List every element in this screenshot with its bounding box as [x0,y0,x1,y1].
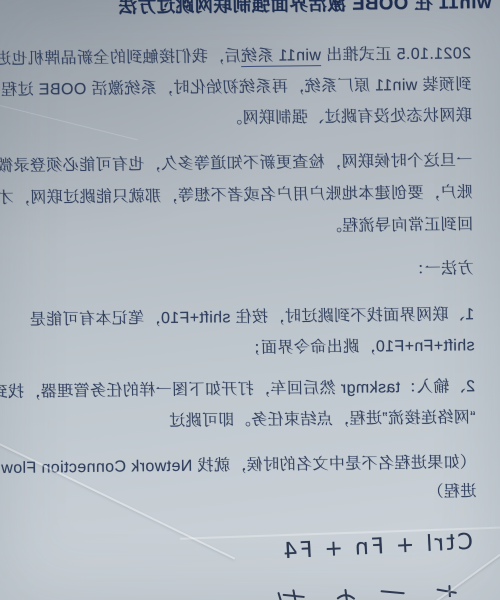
p1-l1-underlined: win11 系统 [241,47,321,67]
method-1-heading: 方法一： [17,253,473,290]
note-line-1: （如果进程名不是中文名的时候，就找 Network Connection Flo… [20,448,476,483]
step-2-line-2: “网络连接流”进程，点结束任务。即可跳过 [19,402,475,439]
step-1: 1、联网界面找不到跳过时，按住 shift+F10，笔记本有可能是 shift+… [18,299,475,367]
handwriting-note: Ctrl + Fn + F4 [280,530,473,565]
paragraph-1: 2021.10.5 正式推出 win11 系统后，我们接触到的全新品牌机也进入 … [15,38,472,137]
document-photo: win11 在 OOBE 激活界面强制联网跳过方法 2021.10.5 正式推出… [0,0,500,600]
paragraph-1-line-3: 联网状态处没有跳过、强制联网。 [16,100,472,137]
step-1-line-2: shift+Fn+F10，跳出命令界面； [18,330,474,367]
doc-title: win11 在 OOBE 激活界面强制联网跳过方法 [118,0,492,19]
note-line-2: 进程） [20,477,476,512]
handwriting-partial-strokes [233,576,464,600]
step-2: 2、输入：taskmgr 然后回车，打开如下图一样的任务管理器，找到 “网络连接… [19,371,476,439]
paragraph-2: 一旦这个时候联网，检查更新不知道等多久，也有可能必须登录微软 账户，要创建本地账… [16,145,473,247]
paragraph-2-line-3: 回到正常向导流程。 [17,209,473,247]
p1-l1-pre: 2021.10.5 正式推出 [321,45,471,64]
mirrored-printed-page: win11 在 OOBE 激活界面强制联网跳过方法 2021.10.5 正式推出… [0,0,500,600]
p1-l1-post: 后，我们接触到的全新品牌机也进入 [0,48,241,68]
note-parenthetical: （如果进程名不是中文名的时候，就找 Network Connection Flo… [20,448,477,512]
